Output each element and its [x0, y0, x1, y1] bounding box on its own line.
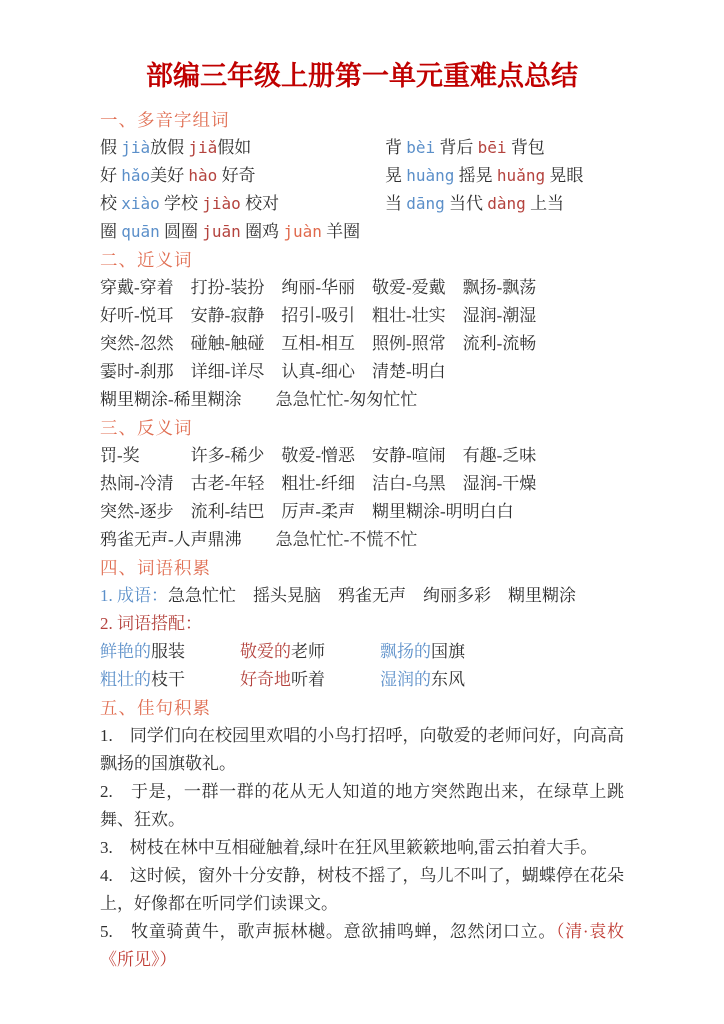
- text-segment: 东风: [431, 670, 465, 689]
- text-segment: 背后: [435, 138, 478, 157]
- text-segment: 4. 这时候，窗外十分安静，树枝不摇了，鸟儿不叫了，蝴蝶停在花朵上，好像都在听同…: [100, 866, 624, 913]
- polyphone-row: 假 jià放假 jiǎ假如 背 bèi 背后 bēi 背包: [100, 134, 624, 162]
- text-segment: 美好: [150, 166, 188, 185]
- text-segment: 急急忙忙 摇头晃脑 鸦雀无声 绚丽多彩 糊里糊涂: [168, 586, 576, 605]
- collocation-item: 好奇地听着: [240, 666, 380, 694]
- polyphone-entry-bei: 背 bèi 背后 bēi 背包: [385, 134, 624, 162]
- colored-text-segment: 鲜艳的: [100, 642, 151, 661]
- text-segment: 5. 牧童骑黄牛，歌声振林樾。意欲捕鸣蝉，忽然闭口立。: [100, 922, 556, 941]
- colored-text-segment: huǎng: [497, 166, 545, 185]
- colored-text-segment: 敬爱的: [240, 642, 291, 661]
- text-segment: 国旗: [431, 642, 465, 661]
- text-segment: 听着: [291, 670, 325, 689]
- text-segment: 圈: [100, 222, 121, 241]
- text-segment: 服装: [151, 642, 185, 661]
- synonym-line: 好听-悦耳 安静-寂静 招引-吸引 粗壮-壮实 湿润-潮湿: [100, 302, 624, 330]
- collocation-item: 湿润的东风: [380, 666, 624, 694]
- polyphone-entry-huang: 晃 huàng 摇晃 huǎng 晃眼: [385, 162, 624, 190]
- collocation-item: 粗壮的枝干: [100, 666, 240, 694]
- synonym-line: 霎时-刹那 详细-详尽 认真-细心 清楚-明白: [100, 358, 624, 386]
- section-synonyms: 二、近义词 穿戴-穿着 打扮-装扮 绚丽-华丽 敬爱-爱戴 飘扬-飘荡 好听-悦…: [100, 246, 624, 414]
- page-title: 部编三年级上册第一单元重难点总结: [100, 56, 624, 96]
- text-segment: 当代: [445, 194, 488, 213]
- colored-text-segment: juàn: [283, 222, 322, 241]
- colored-text-segment: 好奇地: [240, 670, 291, 689]
- text-segment: 羊圈: [322, 222, 360, 241]
- colored-text-segment: hào: [188, 166, 217, 185]
- section-sentences: 五、佳句积累 1. 同学们向在校园里欢唱的小鸟打招呼，向敬爱的老师问好，向高高飘…: [100, 694, 624, 974]
- polyphone-row: 好 hǎo美好 hào 好奇 晃 huàng 摇晃 huǎng 晃眼: [100, 162, 624, 190]
- section-word-accumulation: 四、词语积累 1. 成语：急急忙忙 摇头晃脑 鸦雀无声 绚丽多彩 糊里糊涂 2.…: [100, 554, 624, 694]
- section-heading-word-accumulation: 四、词语积累: [100, 554, 624, 582]
- text-segment: 背: [385, 138, 406, 157]
- synonym-line: 突然-忽然 碰触-触碰 互相-相互 照例-照常 流利-流畅: [100, 330, 624, 358]
- colored-text-segment: xiào: [121, 194, 160, 213]
- text-segment: 枝干: [151, 670, 185, 689]
- polyphone-row: 校 xiào 学校 jiào 校对 当 dāng 当代 dàng 上当: [100, 190, 624, 218]
- text-segment: 老师: [291, 642, 325, 661]
- colored-text-segment: 粗壮的: [100, 670, 151, 689]
- colored-text-segment: hǎo: [121, 166, 150, 185]
- sentence: 3. 树枝在林中互相碰触着,绿叶在狂风里簌簌地响,雷云拍着大手。: [100, 834, 624, 862]
- collocation-item: 鲜艳的服装: [100, 638, 240, 666]
- synonym-line: 穿戴-穿着 打扮-装扮 绚丽-华丽 敬爱-爱戴 飘扬-飘荡: [100, 274, 624, 302]
- colored-text-segment: bèi: [406, 138, 435, 157]
- document-page: 部编三年级上册第一单元重难点总结 一、多音字组词 假 jià放假 jiǎ假如 背…: [0, 0, 724, 1024]
- section-heading-sentences: 五、佳句积累: [100, 694, 624, 722]
- text-segment: 2. 于是，一群一群的花从无人知道的地方突然跑出来，在绿草上跳舞、狂欢。: [100, 782, 624, 829]
- text-segment: 校: [100, 194, 121, 213]
- colored-text-segment: dāng: [406, 194, 445, 213]
- text-segment: 晃眼: [545, 166, 583, 185]
- colored-text-segment: 飘扬的: [380, 642, 431, 661]
- text-segment: 好奇: [217, 166, 255, 185]
- text-segment: 1. 同学们向在校园里欢唱的小鸟打招呼，向敬爱的老师问好，向高高飘扬的国旗敬礼。: [100, 726, 624, 773]
- text-segment: 圆圈: [160, 222, 203, 241]
- text-segment: 晃: [385, 166, 406, 185]
- polyphone-entry-dang: 当 dāng 当代 dàng 上当: [385, 190, 624, 218]
- colored-text-segment: huàng: [406, 166, 454, 185]
- text-segment: 好: [100, 166, 121, 185]
- text-segment: 3. 树枝在林中互相碰触着,绿叶在狂风里簌簌地响,雷云拍着大手。: [100, 838, 597, 857]
- section-antonyms: 三、反义词 罚-奖 许多-稀少 敬爱-憎恶 安静-喧闹 有趣-乏味 热闹-冷清 …: [100, 414, 624, 554]
- antonym-line: 罚-奖 许多-稀少 敬爱-憎恶 安静-喧闹 有趣-乏味: [100, 442, 624, 470]
- text-segment: 放假: [150, 138, 188, 157]
- colored-text-segment: 湿润的: [380, 670, 431, 689]
- collocation-row: 鲜艳的服装 敬爱的老师 飘扬的国旗: [100, 638, 624, 666]
- colored-text-segment: quān: [121, 222, 160, 241]
- text-segment: 当: [385, 194, 406, 213]
- polyphone-entry-quan: 圈 quān 圆圈 juān 圈鸡 juàn 羊圈: [100, 218, 624, 246]
- text-segment: 摇晃: [454, 166, 497, 185]
- section-heading-synonyms: 二、近义词: [100, 246, 624, 274]
- colored-text-segment: 2. 词语搭配：: [100, 614, 202, 633]
- section-heading-polyphones: 一、多音字组词: [100, 106, 624, 134]
- antonym-line: 突然-逐步 流利-结巴 厉声-柔声 糊里糊涂-明明白白: [100, 498, 624, 526]
- polyphone-entry-xiao: 校 xiào 学校 jiào 校对: [100, 190, 385, 218]
- idiom-line: 1. 成语：急急忙忙 摇头晃脑 鸦雀无声 绚丽多彩 糊里糊涂: [100, 582, 624, 610]
- colored-text-segment: jiào: [202, 194, 241, 213]
- antonym-line: 鸦雀无声-人声鼎沸 急急忙忙-不慌不忙: [100, 526, 624, 554]
- text-segment: 学校: [160, 194, 203, 213]
- collocation-item: 飘扬的国旗: [380, 638, 624, 666]
- sentence: 5. 牧童骑黄牛，歌声振林樾。意欲捕鸣蝉，忽然闭口立。（清·袁枚《所见》）: [100, 918, 624, 974]
- sentence: 2. 于是，一群一群的花从无人知道的地方突然跑出来，在绿草上跳舞、狂欢。: [100, 778, 624, 834]
- polyphone-entry-hao: 好 hǎo美好 hào 好奇: [100, 162, 385, 190]
- text-segment: 上当: [526, 194, 564, 213]
- sentence: 4. 这时候，窗外十分安静，树枝不摇了，鸟儿不叫了，蝴蝶停在花朵上，好像都在听同…: [100, 862, 624, 918]
- colored-text-segment: juān: [202, 222, 241, 241]
- collocation-item: 敬爱的老师: [240, 638, 380, 666]
- text-segment: 背包: [507, 138, 545, 157]
- section-heading-antonyms: 三、反义词: [100, 414, 624, 442]
- synonym-line: 糊里糊涂-稀里糊涂 急急忙忙-匆匆忙忙: [100, 386, 624, 414]
- collocation-label: 2. 词语搭配：: [100, 610, 624, 638]
- sentence: 1. 同学们向在校园里欢唱的小鸟打招呼，向敬爱的老师问好，向高高飘扬的国旗敬礼。: [100, 722, 624, 778]
- collocation-row: 粗壮的枝干 好奇地听着 湿润的东风: [100, 666, 624, 694]
- colored-text-segment: jià: [121, 138, 150, 157]
- antonym-line: 热闹-冷清 古老-年轻 粗壮-纤细 洁白-乌黑 湿润-干燥: [100, 470, 624, 498]
- text-segment: 假: [100, 138, 121, 157]
- colored-text-segment: 1. 成语：: [100, 586, 168, 605]
- section-polyphones: 一、多音字组词 假 jià放假 jiǎ假如 背 bèi 背后 bēi 背包 好 …: [100, 106, 624, 246]
- polyphone-entry-jia: 假 jià放假 jiǎ假如: [100, 134, 385, 162]
- colored-text-segment: dàng: [487, 194, 526, 213]
- colored-text-segment: jiǎ: [188, 138, 217, 157]
- text-segment: 校对: [241, 194, 279, 213]
- colored-text-segment: bēi: [478, 138, 507, 157]
- text-segment: 圈鸡: [241, 222, 284, 241]
- text-segment: 假如: [217, 138, 251, 157]
